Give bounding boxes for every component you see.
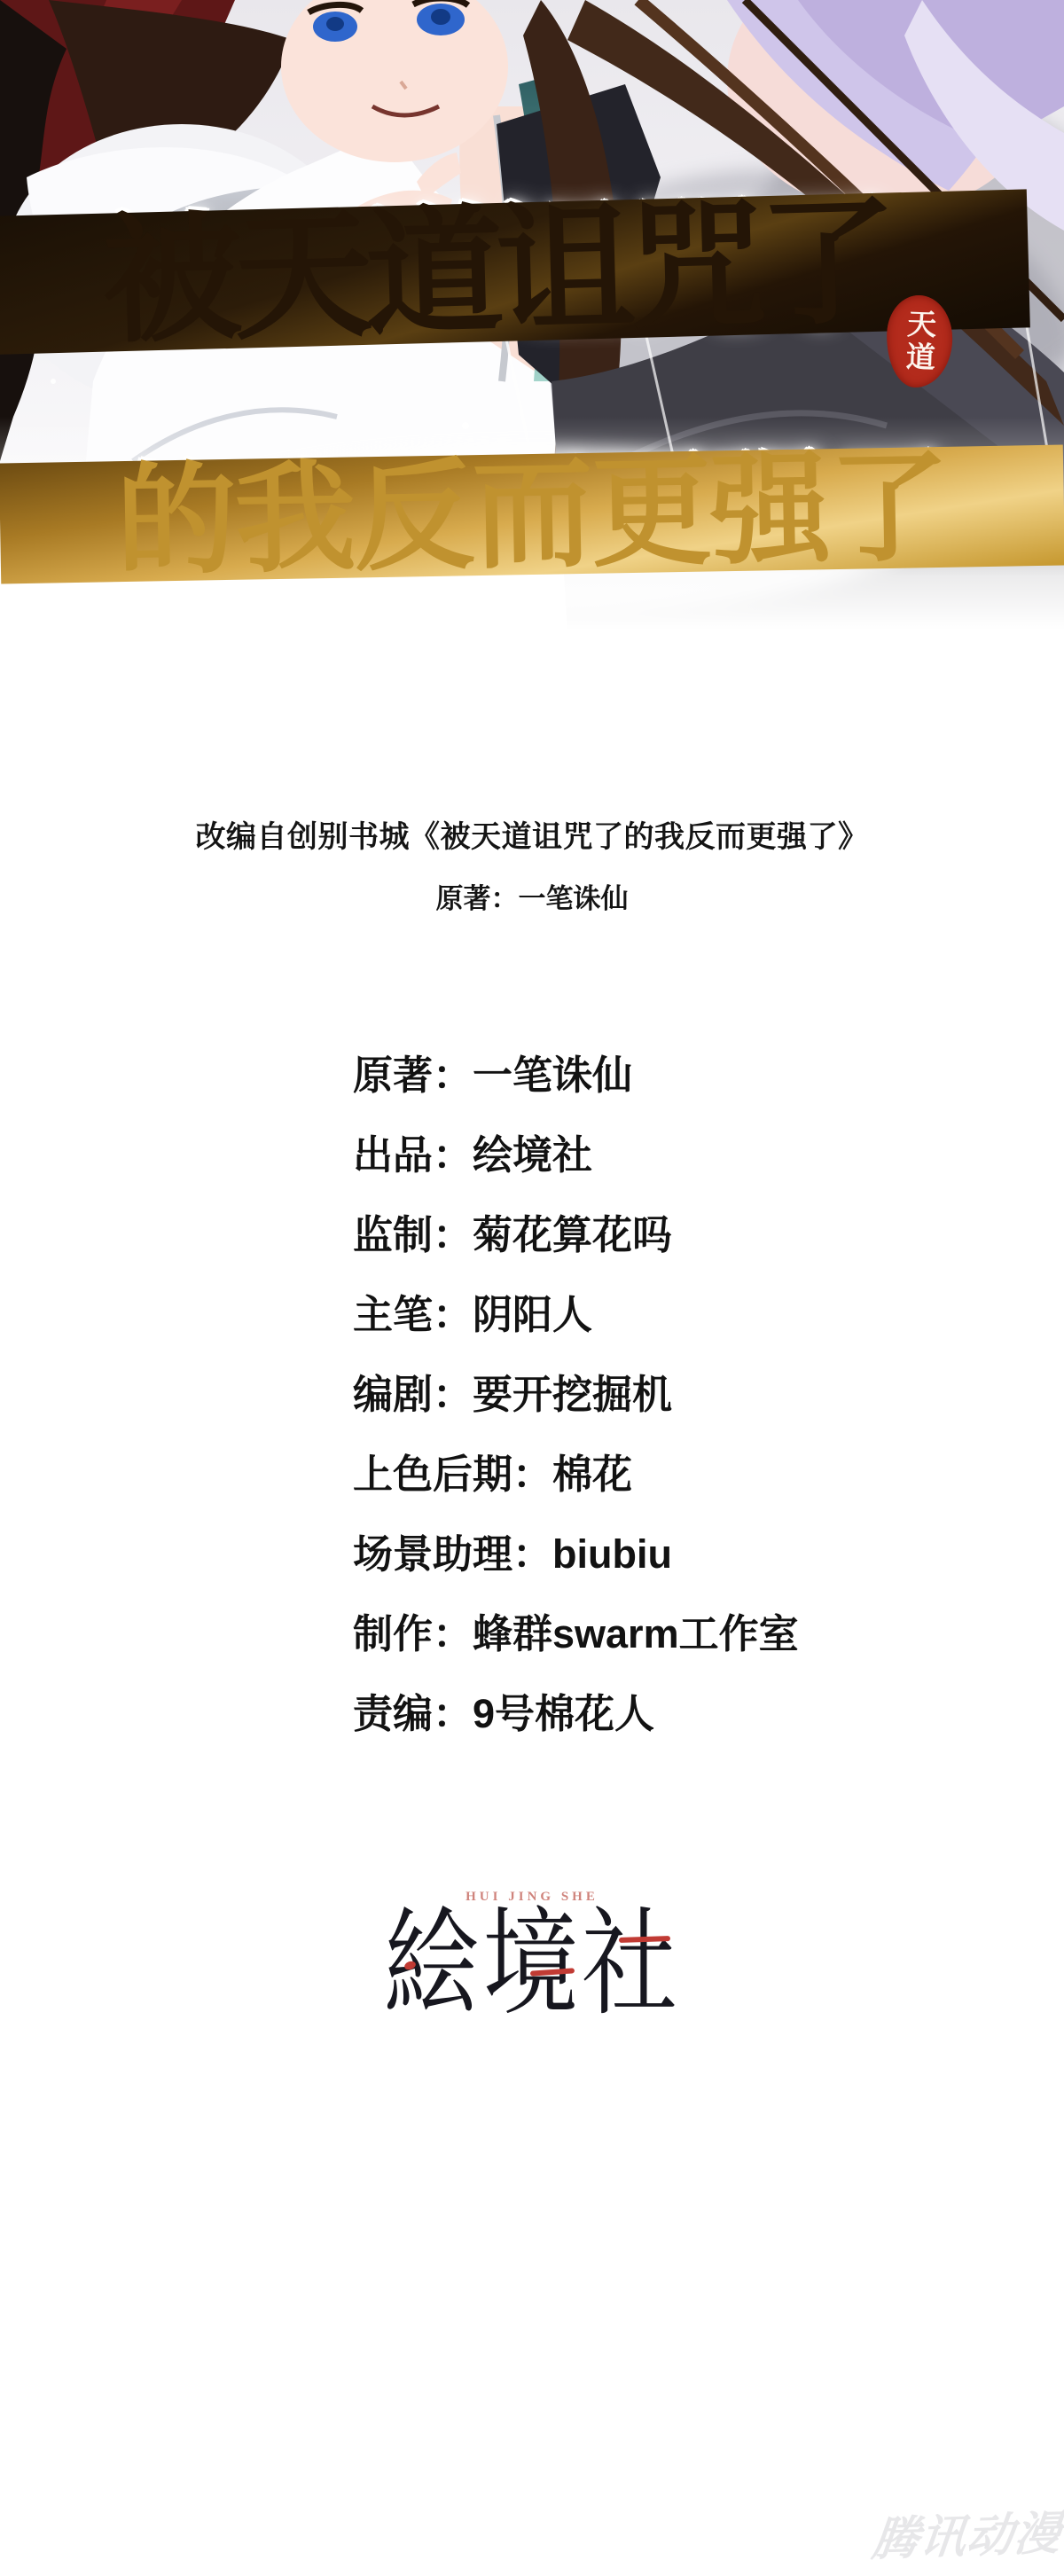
seal-text: 天道: [904, 308, 935, 374]
title-line1-text: 被天道诅咒了: [0, 189, 1030, 355]
credits-list: 原著：一笔诛仙 出品：绘境社 监制：菊花算花吗 主笔：阴阳人 编剧：要开挖掘机 …: [353, 1036, 799, 1754]
adaptation-source-line: 改编自创别书城《被天道诅咒了的我反而更强了》: [0, 812, 1064, 856]
publisher-logo: HUI JING SHE 絵境社: [0, 1887, 1064, 2024]
credit-coloring: 上色后期：棉花: [353, 1435, 799, 1515]
series-title-line1: 被天道诅咒了 被天道诅咒了 被天道诅咒了: [0, 189, 1030, 355]
series-title-line2: 的我反而更强了 的我反而更强了 的我反而更强了: [0, 445, 1064, 584]
credit-scene-assistant: 场景助理：biubiu: [353, 1515, 799, 1594]
publisher-logo-name: 絵境社: [384, 1907, 681, 2024]
tencent-comics-watermark: 腾讯动漫: [870, 2495, 1064, 2568]
original-author-line: 原著：一笔诛仙: [0, 876, 1064, 916]
comic-credits-page: 被天道诅咒了 被天道诅咒了 被天道诅咒了 天道 的我反而更强了 的我反而更强了 …: [0, 0, 1064, 2576]
credit-screenwriter: 编剧：要开挖掘机: [353, 1355, 799, 1435]
credit-supervisor: 监制：菊花算花吗: [353, 1195, 799, 1275]
credit-original-author: 原著：一笔诛仙: [353, 1036, 799, 1116]
title-line2-text: 的我反而更强了: [0, 445, 1064, 584]
credit-producer: 出品：绘境社: [353, 1116, 799, 1195]
credit-production-studio: 制作：蜂群swarm工作室: [353, 1594, 799, 1674]
cover-illustration: 被天道诅咒了 被天道诅咒了 被天道诅咒了 天道 的我反而更强了 的我反而更强了 …: [0, 0, 1064, 630]
credit-lead-artist: 主笔：阴阳人: [353, 1275, 799, 1355]
credit-editor: 责编：9号棉花人: [353, 1674, 799, 1754]
